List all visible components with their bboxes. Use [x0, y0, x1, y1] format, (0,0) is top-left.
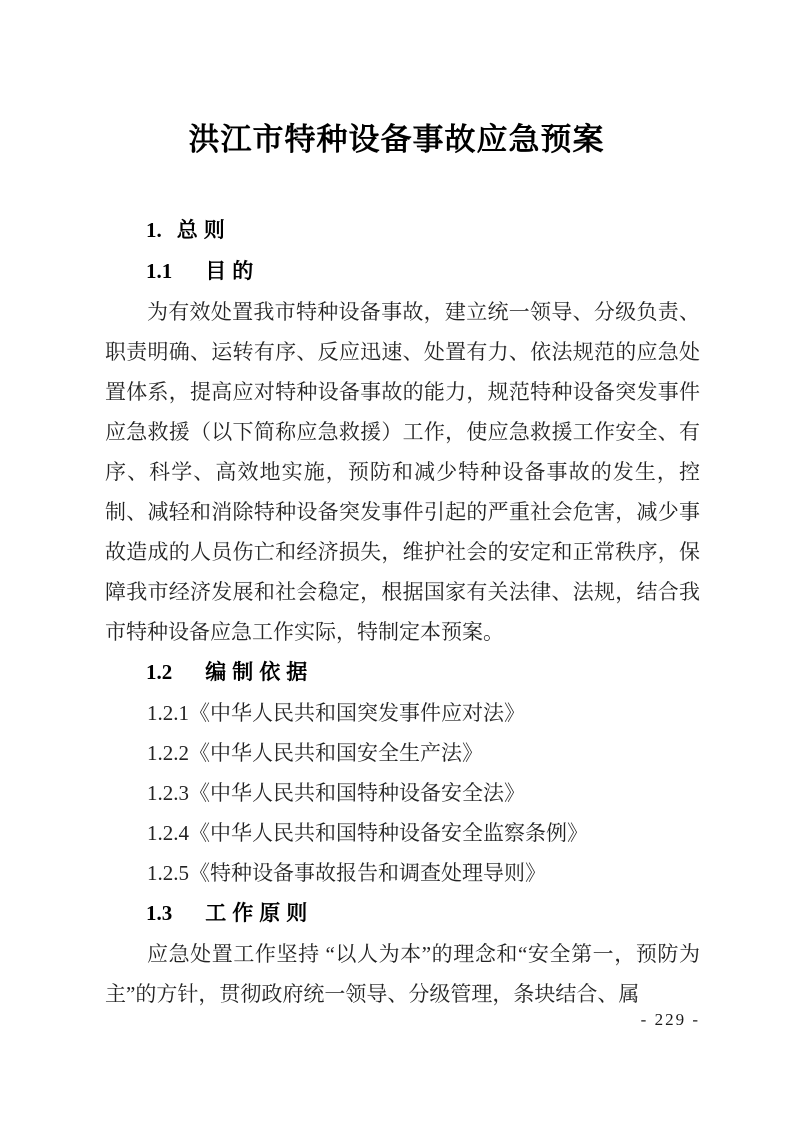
- heading-general-provisions: 1.总则: [105, 210, 700, 251]
- heading-working-principles: 1.3工作原则: [105, 893, 700, 934]
- reference-item: 1.2.3《中华人民共和国特种设备安全法》: [105, 773, 700, 813]
- reference-item: 1.2.5《特种设备事故报告和调查处理导则》: [105, 853, 700, 893]
- reference-item: 1.2.2《中华人民共和国安全生产法》: [105, 733, 700, 773]
- heading-label: 编制依据: [205, 661, 313, 684]
- reference-item: 1.2.1《中华人民共和国突发事件应对法》: [105, 693, 700, 733]
- heading-compilation-basis: 1.2编制依据: [105, 652, 700, 693]
- heading-number: 1.2: [146, 660, 172, 684]
- heading-number: 1.3: [146, 901, 172, 925]
- heading-label: 工作原则: [205, 902, 313, 925]
- heading-number: 1.: [146, 218, 162, 242]
- paragraph-purpose: 为有效处置我市特种设备事故，建立统一领导、分级负责、职责明确、运转有序、反应迅速…: [105, 292, 700, 652]
- document-page: 洪江市特种设备事故应急预案 1.总则 1.1目的 为有效处置我市特种设备事故，建…: [0, 0, 793, 1122]
- heading-label: 目的: [205, 260, 259, 283]
- reference-item: 1.2.4《中华人民共和国特种设备安全监察条例》: [105, 813, 700, 853]
- heading-number: 1.1: [146, 259, 172, 283]
- document-body: 1.总则 1.1目的 为有效处置我市特种设备事故，建立统一领导、分级负责、职责明…: [105, 210, 700, 1014]
- page-number: - 229 -: [641, 1008, 700, 1032]
- heading-purpose: 1.1目的: [105, 251, 700, 292]
- paragraph-working-principles: 应急处置工作坚持 “以人为本”的理念和“安全第一，预防为主”的方针，贯彻政府统一…: [105, 934, 700, 1014]
- heading-label: 总则: [177, 219, 231, 242]
- document-title: 洪江市特种设备事故应急预案: [0, 0, 793, 163]
